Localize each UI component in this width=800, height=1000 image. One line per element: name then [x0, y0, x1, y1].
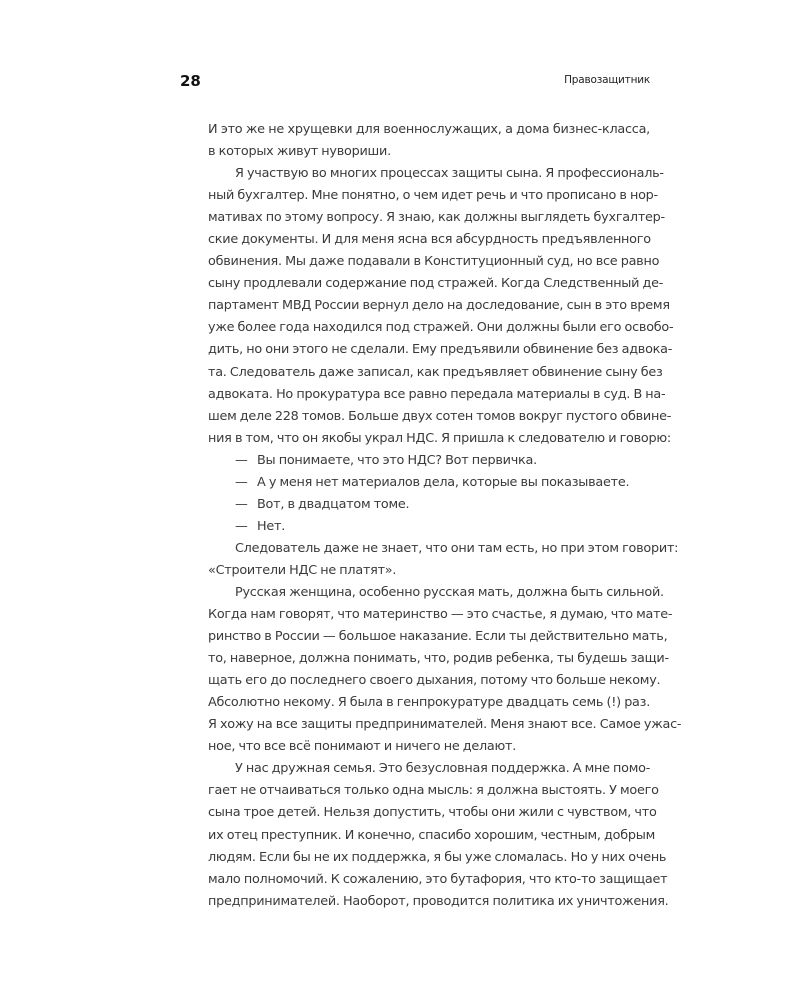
running-head: Правозащитник [564, 74, 650, 86]
text-line: Я хожу на все защиты предпринимателей. М… [208, 714, 650, 736]
em-dash: — [235, 450, 257, 472]
text-line: уже более года находился под стражей. Он… [208, 317, 650, 339]
dialogue-line: —Нет. [208, 516, 650, 538]
text-line: «Строители НДС не платят». [208, 560, 650, 582]
text-line: сыну продлевали содержание под стражей. … [208, 273, 650, 295]
text-line: щать его до последнего своего дыхания, п… [208, 670, 650, 692]
dialogue-text: Вот, в двадцатом томе. [257, 497, 409, 512]
text-line: предпринимателей. Наоборот, проводится п… [208, 891, 650, 913]
text-line: ния в том, что он якобы украл НДС. Я при… [208, 428, 650, 450]
dialogue-line: —А у меня нет материалов дела, которые в… [208, 472, 650, 494]
paragraph-first-line: Русская женщина, особенно русская мать, … [208, 582, 650, 604]
text-line: И это же не хрущевки для военнослужащих,… [208, 119, 650, 141]
em-dash: — [235, 494, 257, 516]
paragraph-first-line: Следователь даже не знает, что они там е… [208, 538, 650, 560]
text-line: в которых живут нувориши. [208, 141, 650, 163]
em-dash: — [235, 516, 257, 538]
text-line: ный бухгалтер. Мне понятно, о чем идет р… [208, 185, 650, 207]
text-line: то, наверное, должна понимать, что, роди… [208, 648, 650, 670]
text-line: мало полномочий. К сожалению, это бутафо… [208, 869, 650, 891]
dialogue-text: Нет. [257, 519, 285, 534]
body-text: И это же не хрущевки для военнослужащих,… [208, 119, 650, 913]
paragraph-first-line: Я участвую во многих процессах защиты сы… [208, 163, 650, 185]
text-line: ное, что все всё понимают и ничего не де… [208, 736, 650, 758]
text-line: адвоката. Но прокуратура все равно перед… [208, 384, 650, 406]
dialogue-line: —Вот, в двадцатом томе. [208, 494, 650, 516]
page-number: 28 [180, 72, 201, 90]
text-line: та. Следователь даже записал, как предъя… [208, 362, 650, 384]
text-line: ринство в России — большое наказание. Ес… [208, 626, 650, 648]
paragraph-first-line: У нас дружная семья. Это безусловная под… [208, 758, 650, 780]
text-line: партамент МВД России вернул дело на досл… [208, 295, 650, 317]
text-line: ские документы. И для меня ясна вся абсу… [208, 229, 650, 251]
text-line: шем деле 228 томов. Больше двух сотен то… [208, 406, 650, 428]
em-dash: — [235, 472, 257, 494]
text-line: Абсолютно некому. Я была в генпрокуратур… [208, 692, 650, 714]
text-line: обвинения. Мы даже подавали в Конституци… [208, 251, 650, 273]
dialogue-line: —Вы понимаете, что это НДС? Вот первичка… [208, 450, 650, 472]
text-line: сына трое детей. Нельзя допустить, чтобы… [208, 802, 650, 824]
text-line: дить, но они этого не сделали. Ему предъ… [208, 339, 650, 361]
text-line: людям. Если бы не их поддержка, я бы уже… [208, 847, 650, 869]
dialogue-text: Вы понимаете, что это НДС? Вот первичка. [257, 453, 537, 468]
dialogue-text: А у меня нет материалов дела, которые вы… [257, 475, 629, 490]
text-line: гает не отчаиваться только одна мысль: я… [208, 780, 650, 802]
text-line: Когда нам говорят, что материнство — это… [208, 604, 650, 626]
text-line: их отец преступник. И конечно, спасибо х… [208, 825, 650, 847]
text-line: мативах по этому вопросу. Я знаю, как до… [208, 207, 650, 229]
